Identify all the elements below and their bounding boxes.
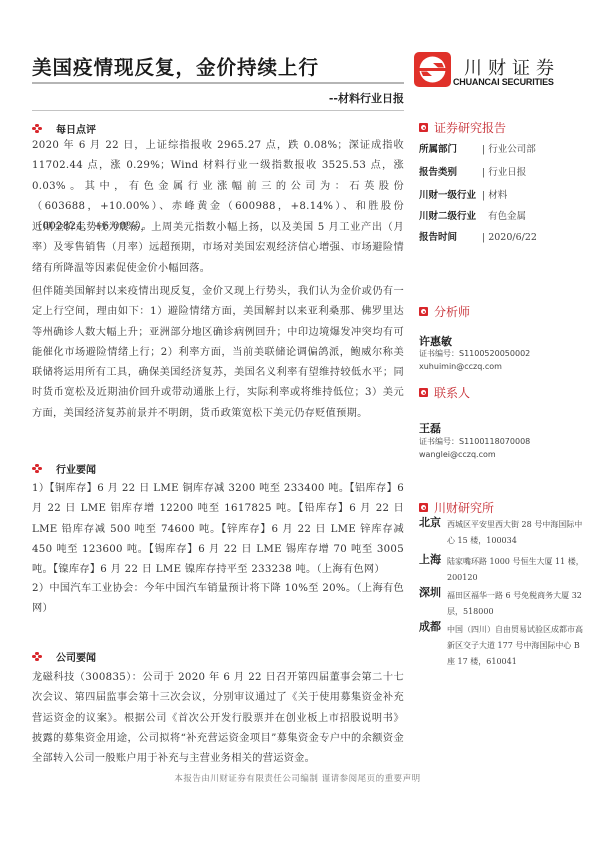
sidebar-heading-report: 证券研究报告 [419, 119, 506, 136]
report-subtitle: --材料行业日报 [32, 90, 404, 106]
office-city-chengdu: 成都 [419, 618, 441, 634]
office-city-shenzhen: 深圳 [419, 584, 441, 600]
industry-news-paragraph: 1）【铜库存】6 月 22 日 LME 铜库存减 3200 吨至 233400 … [32, 479, 404, 580]
meta-label: 川财一级行业 [419, 187, 482, 201]
meta-row-level2-industry: 川财二级行业有色金属 [419, 208, 526, 222]
report-title: 美国疫情现反复，金价持续上行 [32, 52, 319, 80]
diamond-bullet-icon [32, 464, 42, 474]
meta-label: 报告时间 [419, 229, 482, 243]
section-heading-label: 每日点评 [56, 121, 96, 136]
meta-label: 川财二级行业 [419, 208, 482, 222]
section-heading-daily-review: 每日点评 [32, 121, 96, 136]
contact-name: 王磊 [419, 420, 441, 436]
analyst-cert: 证书编号：S1100520050002 [419, 348, 530, 359]
office-city-beijing: 北京 [419, 514, 441, 530]
meta-value: 有色金属 [488, 211, 526, 222]
meta-row-category: 报告类别| 行业日报 [419, 164, 526, 178]
logo-mark-icon [414, 52, 451, 87]
office-address-shanghai: 陆家嘴环路 1000 号恒生大厦 11 楼，200120 [447, 554, 585, 586]
meta-row-report-date: 报告时间| 2020/6/22 [419, 229, 537, 243]
office-city-shanghai: 上海 [419, 551, 441, 567]
meta-row-department: 所属部门| 行业公司部 [419, 141, 536, 155]
diamond-bullet-icon [32, 124, 42, 134]
meta-label: 报告类别 [419, 164, 482, 178]
target-box-icon [419, 388, 428, 397]
section-heading-label: 公司要闻 [56, 649, 96, 664]
contact-email[interactable]: wanglei@cczq.com [419, 450, 496, 459]
daily-review-paragraph: 但伴随美国解封以来疫情出现反复，金价又现上行势头，我们认为金价或仍有一定上行空间… [32, 282, 404, 424]
analyst-email[interactable]: xuhuimin@cczq.com [419, 362, 502, 371]
meta-value: | 2020/6/22 [482, 232, 537, 243]
section-heading-label: 行业要闻 [56, 461, 96, 476]
analyst-name: 许惠敏 [419, 333, 452, 349]
logo-name-en: CHUANCAI SECURITIES [453, 77, 554, 87]
target-box-icon [419, 503, 428, 512]
contact-cert: 证书编号：S1100118070008 [419, 436, 530, 447]
sidebar-heading-label: 联系人 [434, 384, 470, 401]
office-address-chengdu: 中国（四川）自由贸易试验区成都市高新区交子大道 177 号中海国际中心 B 座 … [447, 622, 585, 670]
sidebar-heading-label: 证券研究报告 [434, 119, 506, 136]
office-address-beijing: 西城区平安里西大街 28 号中海国际中心 15 楼，100034 [447, 517, 585, 549]
footer-disclaimer: 本报告由川财证券有限责任公司编制 谨请参阅尾页的重要声明 [0, 772, 595, 784]
daily-review-paragraph: 近期金价走势较为震荡，上周美元指数小幅上扬，以及美国 5 月工业产出（月率）及零… [32, 218, 404, 279]
section-heading-company-news: 公司要闻 [32, 649, 96, 664]
diamond-bullet-icon [32, 652, 42, 662]
sidebar-heading-label: 分析师 [434, 303, 470, 320]
meta-value: | 行业日报 [482, 167, 526, 178]
meta-value: | 行业公司部 [482, 144, 536, 155]
title-divider [32, 82, 404, 84]
industry-news-paragraph: 2）中国汽车工业协会：今年中国汽车销量预计将下降 10%至 20%。（上海有色网… [32, 579, 404, 620]
meta-row-level1-industry: 川财一级行业| 材料 [419, 187, 507, 201]
sidebar-heading-contact: 联系人 [419, 384, 470, 401]
office-address-shenzhen: 福田区福华一路 6 号免税商务大厦 32 层，518000 [447, 588, 585, 620]
meta-label: 所属部门 [419, 141, 482, 155]
sidebar-heading-label: 川财研究所 [434, 499, 494, 516]
target-box-icon [419, 307, 428, 316]
section-heading-industry-news: 行业要闻 [32, 461, 96, 476]
sidebar-heading-analyst: 分析师 [419, 303, 470, 320]
company-logo: 川财证券 CHUANCAI SECURITIES [414, 52, 574, 92]
target-box-icon [419, 123, 428, 132]
company-news-paragraph: 龙磁科技（300835）：公司于 2020 年 6 月 22 日召开第四届董事会… [32, 668, 404, 769]
meta-value: | 材料 [482, 190, 507, 201]
header-divider [32, 110, 404, 111]
